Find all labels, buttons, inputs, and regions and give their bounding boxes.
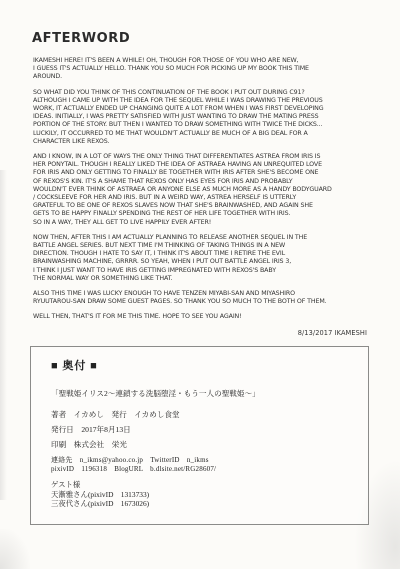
- colophon-header: ■ 奥付 ■: [51, 357, 98, 373]
- guest-credit: 三夜代さん(pixivID 1673026): [51, 498, 149, 509]
- afterword-paragraph-guest-thanks: ALSO THIS TIME I WAS LUCKY ENOUGH TO HAV…: [33, 290, 383, 306]
- page-title: AFTERWORD: [32, 31, 130, 46]
- author-publisher-line: 著者 イカめし 発行 イカめし食堂: [51, 409, 180, 420]
- colophon-box: ■ 奥付 ■ 「聖戦姫イリス2～連鎖する洗脳堕淫・もう一人の聖戦姫～」 著者 イ…: [30, 346, 369, 525]
- publish-date-line: 発行日 2017年8月13日: [51, 424, 131, 435]
- afterword-paragraph-astrea: AND I KNOW, IN A LOT OF WAYS THE ONLY TH…: [33, 153, 383, 227]
- printer-line: 印刷 株式会社 栄光: [51, 439, 127, 450]
- afterword-paragraph-next-plans: NOW THEN, AFTER THIS I AM ACTUALLY PLANN…: [33, 234, 383, 283]
- afterword-body: IKAMESHI HERE! IT'S BEEN A WHILE! OH, TH…: [33, 57, 383, 337]
- scan-smudge: [0, 529, 30, 569]
- afterword-paragraph-intro: IKAMESHI HERE! IT'S BEEN A WHILE! OH, TH…: [33, 57, 383, 82]
- web-ids-line: pixivID 1196318 BlogURL b.dlsite.net/RG2…: [51, 464, 216, 474]
- afterword-paragraph-closing: WELL THEN, THAT'S IT FOR ME THIS TIME. H…: [33, 313, 383, 321]
- afterword-paragraph-sequel: SO WHAT DID YOU THINK OF THIS CONTINUATI…: [33, 89, 383, 146]
- scan-smudge: [0, 170, 7, 500]
- signoff-date-author: 8/13/2017 IKAMESHI: [33, 329, 383, 337]
- book-title: 「聖戦姫イリス2～連鎖する洗脳堕淫・もう一人の聖戦姫～」: [51, 388, 260, 399]
- afterword-page: AFTERWORD IKAMESHI HERE! IT'S BEEN A WHI…: [0, 0, 400, 569]
